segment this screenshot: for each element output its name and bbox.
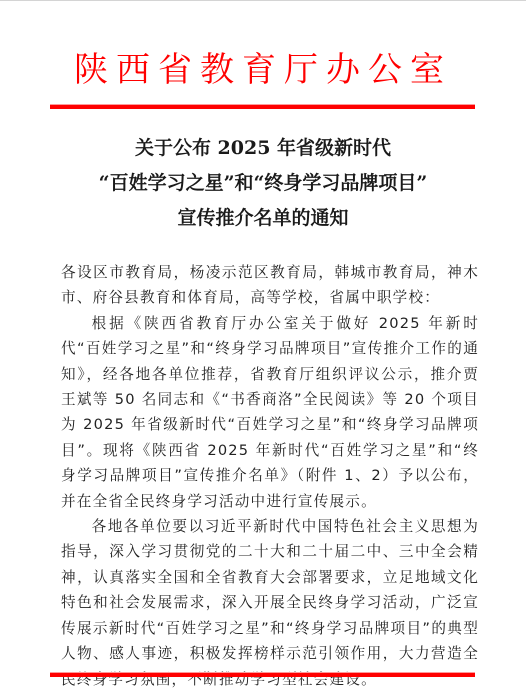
page-top-border [0,0,526,1]
title-line-2: “百姓学习之星”和“终身学习品牌项目” [0,166,526,201]
body-paragraph-2: 各地各单位要以习近平新时代中国特色社会主义思想为指导，深入学习贯彻党的二十大和二… [61,514,479,688]
document-body: 各设区市教育局，杨凌示范区教育局，韩城市教育局，神木市、府谷县教育和体育局，高等… [61,260,479,688]
title-line-3: 宣传推介名单的通知 [0,201,526,236]
document-title: 关于公布 2025 年省级新时代 “百姓学习之星”和“终身学习品牌项目” 宣传推… [0,131,526,236]
title-line-1: 关于公布 2025 年省级新时代 [0,131,526,166]
body-paragraph-1: 根据《陕西省教育厅办公室关于做好 2025 年新时代“百姓学习之星”和“终身学习… [61,311,479,514]
salutation: 各设区市教育局，杨凌示范区教育局，韩城市教育局，神木市、府谷县教育和体育局，高等… [61,260,479,311]
letterhead-org-name: 陕西省教育厅办公室 [0,50,526,90]
letterhead-red-rule [50,105,475,109]
footer-red-rule [50,673,475,677]
